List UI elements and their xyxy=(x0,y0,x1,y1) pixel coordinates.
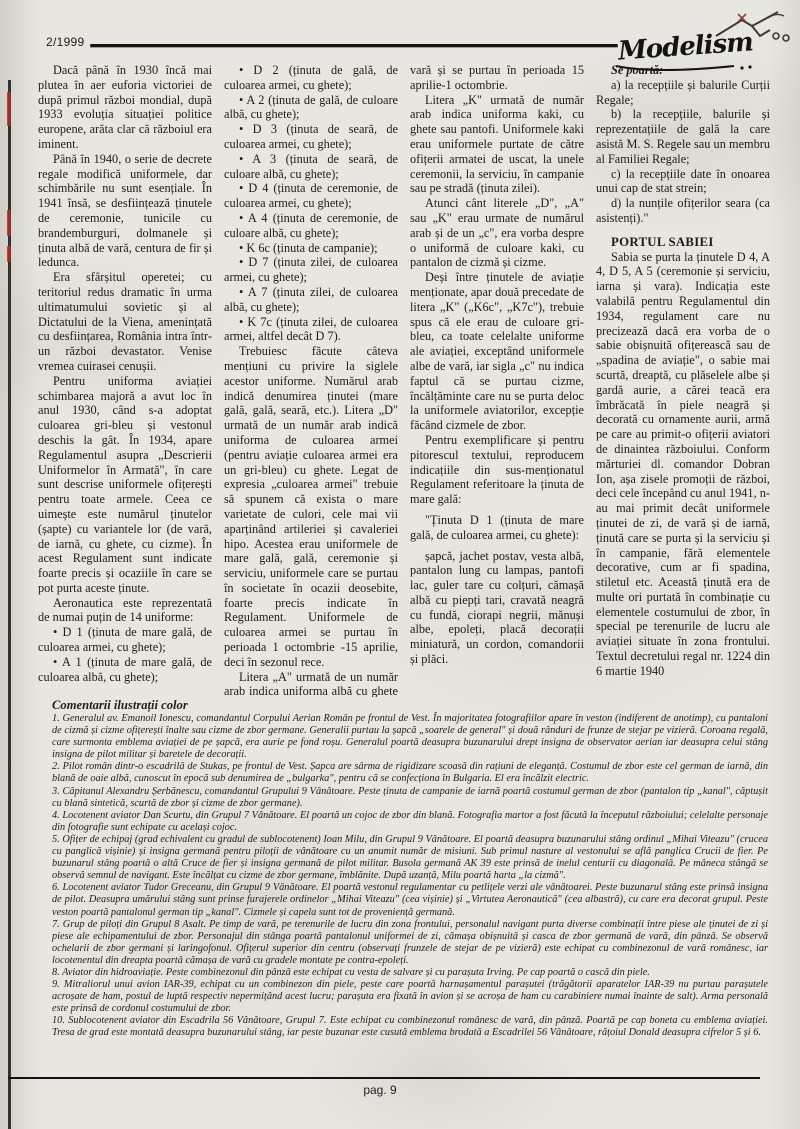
list-item: • A 3 (ținuta de seară, de culoare albă,… xyxy=(224,152,398,182)
paragraph: Deși între ținutele de aviație menționat… xyxy=(410,270,584,433)
paragraph: Sabia se purta la ținutele D 4, A 4, D 5… xyxy=(596,250,770,679)
commentary-item: 5. Ofițer de echipaj (grad echivalent cu… xyxy=(52,834,768,882)
list-item: • D 3 (ținuta de seară, de culoarea arme… xyxy=(224,122,398,152)
paragraph: Dacă până în 1930 încă mai plutea în aer… xyxy=(38,63,212,152)
quote-paragraph: șapcă, jachet postav, vesta albă, pantal… xyxy=(410,549,584,667)
article-body: Dacă până în 1930 încă mai plutea în aer… xyxy=(38,63,770,697)
text-column-4: Se poartă: a) la recepțiile și balurile … xyxy=(596,63,770,697)
magazine-logo: Modelism xyxy=(612,22,792,68)
commentary-item: 8. Aviator din hidroaviație. Peste combi… xyxy=(52,967,768,979)
list-item: b) la recepțiile, balurile și reprezenta… xyxy=(596,107,770,166)
list-item: • D 2 (ținuta de gală, de culoarea armei… xyxy=(224,63,398,93)
paragraph: Trebuiesc făcute câteva mențiuni cu priv… xyxy=(224,344,398,670)
list-item: a) la recepțiile și balurile Curții Rega… xyxy=(596,78,770,108)
commentary-item: 2. Pilot român dintr-o escadrilă de Stuk… xyxy=(52,761,768,785)
list-item: c) la recepțiile date în onoarea unui ca… xyxy=(596,167,770,197)
section-heading: Se poartă: xyxy=(596,63,770,78)
footer-rule xyxy=(8,1077,760,1079)
list-item: d) la nunțile ofițerilor seara (ca asist… xyxy=(596,196,770,226)
paragraph: Aeronautica este reprezentată de numai p… xyxy=(38,596,212,626)
section-heading: PORTUL SABIEI xyxy=(596,235,770,250)
paragraph: Pentru exemplificare și pentru pitorescu… xyxy=(410,433,584,507)
list-item: • K 6c (ținuta de campanie); xyxy=(224,241,398,256)
list-item: • D 4 (ținuta de ceremonie, de culoarea … xyxy=(224,181,398,211)
scan-red-mark xyxy=(7,246,11,262)
list-item: • K 7c (ținuta zilei, de culoarea armei,… xyxy=(224,315,398,345)
text-column-2: • D 2 (ținuta de gală, de culoarea armei… xyxy=(224,63,398,697)
commentary-item: 7. Grup de piloți din Grupul 8 Asalt. Pe… xyxy=(52,919,768,967)
paragraph: vară și se purtau în perioada 15 aprilie… xyxy=(410,63,584,93)
paragraph: Era sfârșitul operetei; cu teritoriul re… xyxy=(38,270,212,374)
commentary-item: 1. Generalul av. Emanoil Ionescu, comand… xyxy=(52,713,768,761)
list-item: • A 1 (ținuta de mare gală, de culoarea … xyxy=(38,655,212,685)
commentary-item: 4. Locotenent aviator Dan Scurtu, din Gr… xyxy=(52,810,768,834)
header-rule xyxy=(90,44,618,47)
issue-number: 2/1999 xyxy=(46,35,85,49)
list-item: • A 4 (ținuta de ceremonie, de culoare a… xyxy=(224,211,398,241)
plane-doodle-icon xyxy=(708,6,794,50)
text-column-3: vară și se purtau în perioada 15 aprilie… xyxy=(410,63,584,697)
paragraph: Litera „A" urmată de un număr arab indic… xyxy=(224,670,398,697)
scan-red-mark xyxy=(7,92,11,126)
paragraph: Până în 1940, o serie de decrete regale … xyxy=(38,152,212,270)
quote-paragraph: "Ținuta D 1 (ținuta de mare gală, de cul… xyxy=(410,513,584,543)
list-item: • A 2 (ținuta de gală, de culoare albă, … xyxy=(224,93,398,123)
page-number: pag. 9 xyxy=(0,1083,760,1097)
color-plates-commentary: Comentarii ilustrații color 1. Generalul… xyxy=(52,698,768,1040)
commentary-title: Comentarii ilustrații color xyxy=(52,698,768,712)
magazine-page: { "header": { "issue": "2/1999", "logo":… xyxy=(0,0,800,1129)
paragraph: Pentru uniforma aviației schimbarea majo… xyxy=(38,374,212,596)
text-column-1: Dacă până în 1930 încă mai plutea în aer… xyxy=(38,63,212,697)
scan-left-edge xyxy=(8,80,11,1129)
list-item: • D 7 (ținuta zilei, de culoarea armei, … xyxy=(224,255,398,285)
commentary-item: 10. Sublocotenent aviator din Escadrila … xyxy=(52,1015,768,1039)
commentary-item: 6. Locotenent aviator Tudor Greceanu, di… xyxy=(52,882,768,918)
list-item: • D 1 (ținuta de mare gală, de culoarea … xyxy=(38,625,212,655)
list-item: • A 7 (ținuta zilei, de culoarea albă, c… xyxy=(224,285,398,315)
paragraph: Atunci cânt literele „D", „A" sau „K" er… xyxy=(410,196,584,270)
paragraph: Litera „K" urmată de număr arab indica u… xyxy=(410,93,584,197)
scan-red-mark xyxy=(7,210,11,236)
commentary-item: 3. Căpitanul Alexandru Șerbănescu, coman… xyxy=(52,786,768,810)
commentary-item: 9. Mitraliorul unui avion IAR-39, echipa… xyxy=(52,979,768,1015)
